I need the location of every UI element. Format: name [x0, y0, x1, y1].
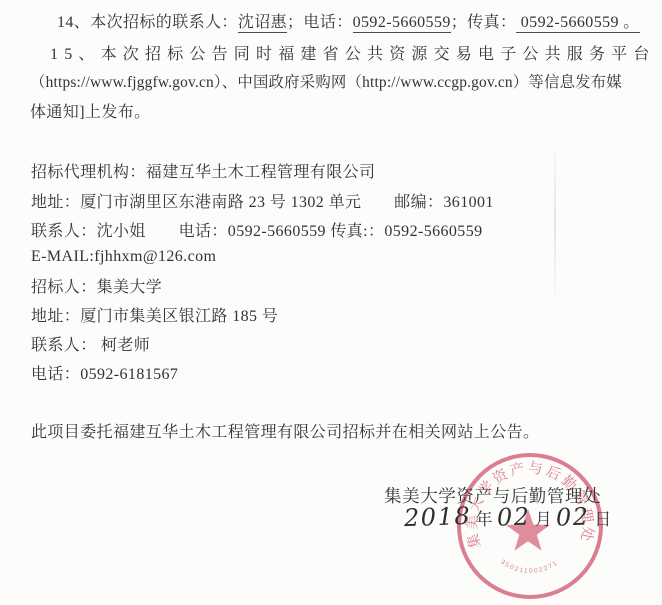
scanned-document-page: 14、本次招标的联系人：沈诏惠；电话：0592-5660559；传真： 0592…: [0, 0, 662, 605]
para14-prefix: 14、本次招标的联系人：: [57, 14, 238, 31]
year-unit-label: 年: [475, 510, 492, 529]
info-line-bidder: 招标人：集美大学: [31, 274, 162, 297]
day-unit-label: 日: [594, 510, 611, 529]
handwritten-year: 2018: [404, 502, 472, 532]
info-line-bidder-address: 地址：厦门市集美区银江路 185 号: [31, 303, 278, 326]
para14-sep-phone: ；电话：: [287, 14, 353, 31]
contact-name-underlined: 沈诏惠: [238, 14, 287, 33]
paragraph-15-line2: （https://www.fjggfw.gov.cn）、中国政府采购网（http…: [30, 70, 622, 92]
info-line-email: E-MAIL:fjhhxm@126.com: [31, 248, 216, 266]
signature-date: 2018 年 02 月 02 日: [404, 503, 611, 531]
scan-crease-artifact: [554, 150, 556, 295]
info-line-bidder-contact: 联系人： 柯老师: [31, 332, 150, 355]
paragraph-15-line1: 15、本次招标公告同时福建省公共资源交易电子公共服务平台: [50, 41, 656, 64]
phone-number-underlined: 0592-5660559: [353, 14, 451, 33]
month-unit-label: 月: [535, 510, 552, 529]
para14-sep-fax: ；传真：: [451, 14, 517, 31]
fax-number-underlined: 0592-5660559 。: [516, 14, 639, 33]
paragraph-14: 14、本次招标的联系人：沈诏惠；电话：0592-5660559；传真： 0592…: [57, 9, 640, 32]
info-line-bidder-phone: 电话：0592-6181567: [31, 361, 178, 384]
delegation-note: 此项目委托福建互华土木工程管理有限公司招标并在相关网站上公告。: [31, 419, 539, 442]
paragraph-15-line3: 体通知]上发布。: [30, 99, 151, 122]
info-line-agency-address: 地址：厦门市湖里区东港南路 23 号 1302 单元 邮编：361001: [31, 189, 494, 212]
handwritten-day: 02: [556, 502, 591, 531]
info-line-agency-contact: 联系人：沈小姐 电话：0592-5660559 传真:：0592-5660559: [31, 218, 483, 241]
info-line-agency: 招标代理机构：福建互华土木工程管理有限公司: [31, 159, 375, 182]
handwritten-month: 02: [496, 502, 531, 531]
